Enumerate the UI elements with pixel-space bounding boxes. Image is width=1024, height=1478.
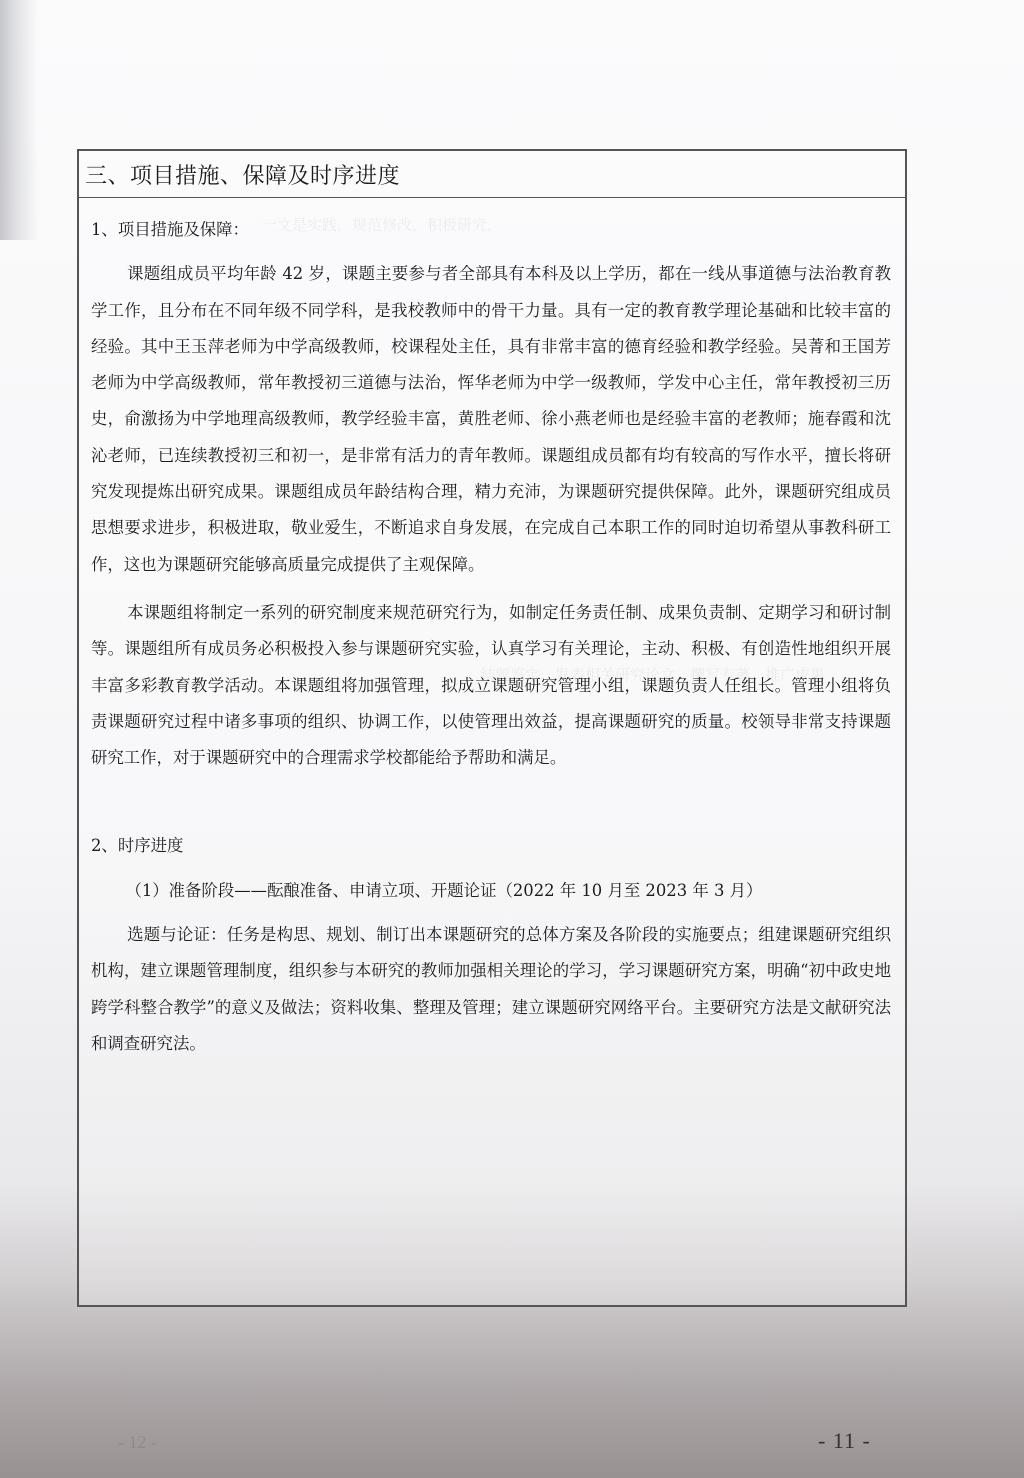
- page-number: - 11 -: [818, 1428, 871, 1454]
- stage-title: （1）准备阶段——酝酿准备、申请立项、开题论证（2022 年 10 月至 202…: [91, 873, 891, 909]
- section-content: 1、项目措施及保障： 课题组成员平均年龄 42 岁，课题主要参与者全部具有本科及…: [79, 198, 905, 1062]
- schedule-heading: 2、时序进度: [91, 828, 891, 864]
- page-edge-shadow: [0, 0, 38, 240]
- section-title: 三、项目措施、保障及时序进度: [79, 151, 905, 198]
- form-section-box: 三、项目措施、保障及时序进度 1、项目措施及保障： 课题组成员平均年龄 42 岁…: [77, 149, 907, 1307]
- measures-paragraph-management: 本课题组将制定一系列的研究制度来规范研究行为，如制定任务责任制、成果负责制、定期…: [91, 595, 891, 776]
- measures-paragraph-team: 课题组成员平均年龄 42 岁，课题主要参与者全部具有本科及以上学历，都在一线从事…: [91, 256, 891, 583]
- stage-description: 选题与论证：任务是构思、规划、制订出本课题研究的总体方案及各阶段的实施要点；组建…: [91, 917, 891, 1062]
- faint-page-number: - 12 -: [118, 1432, 157, 1453]
- measures-heading: 1、项目措施及保障：: [91, 212, 891, 248]
